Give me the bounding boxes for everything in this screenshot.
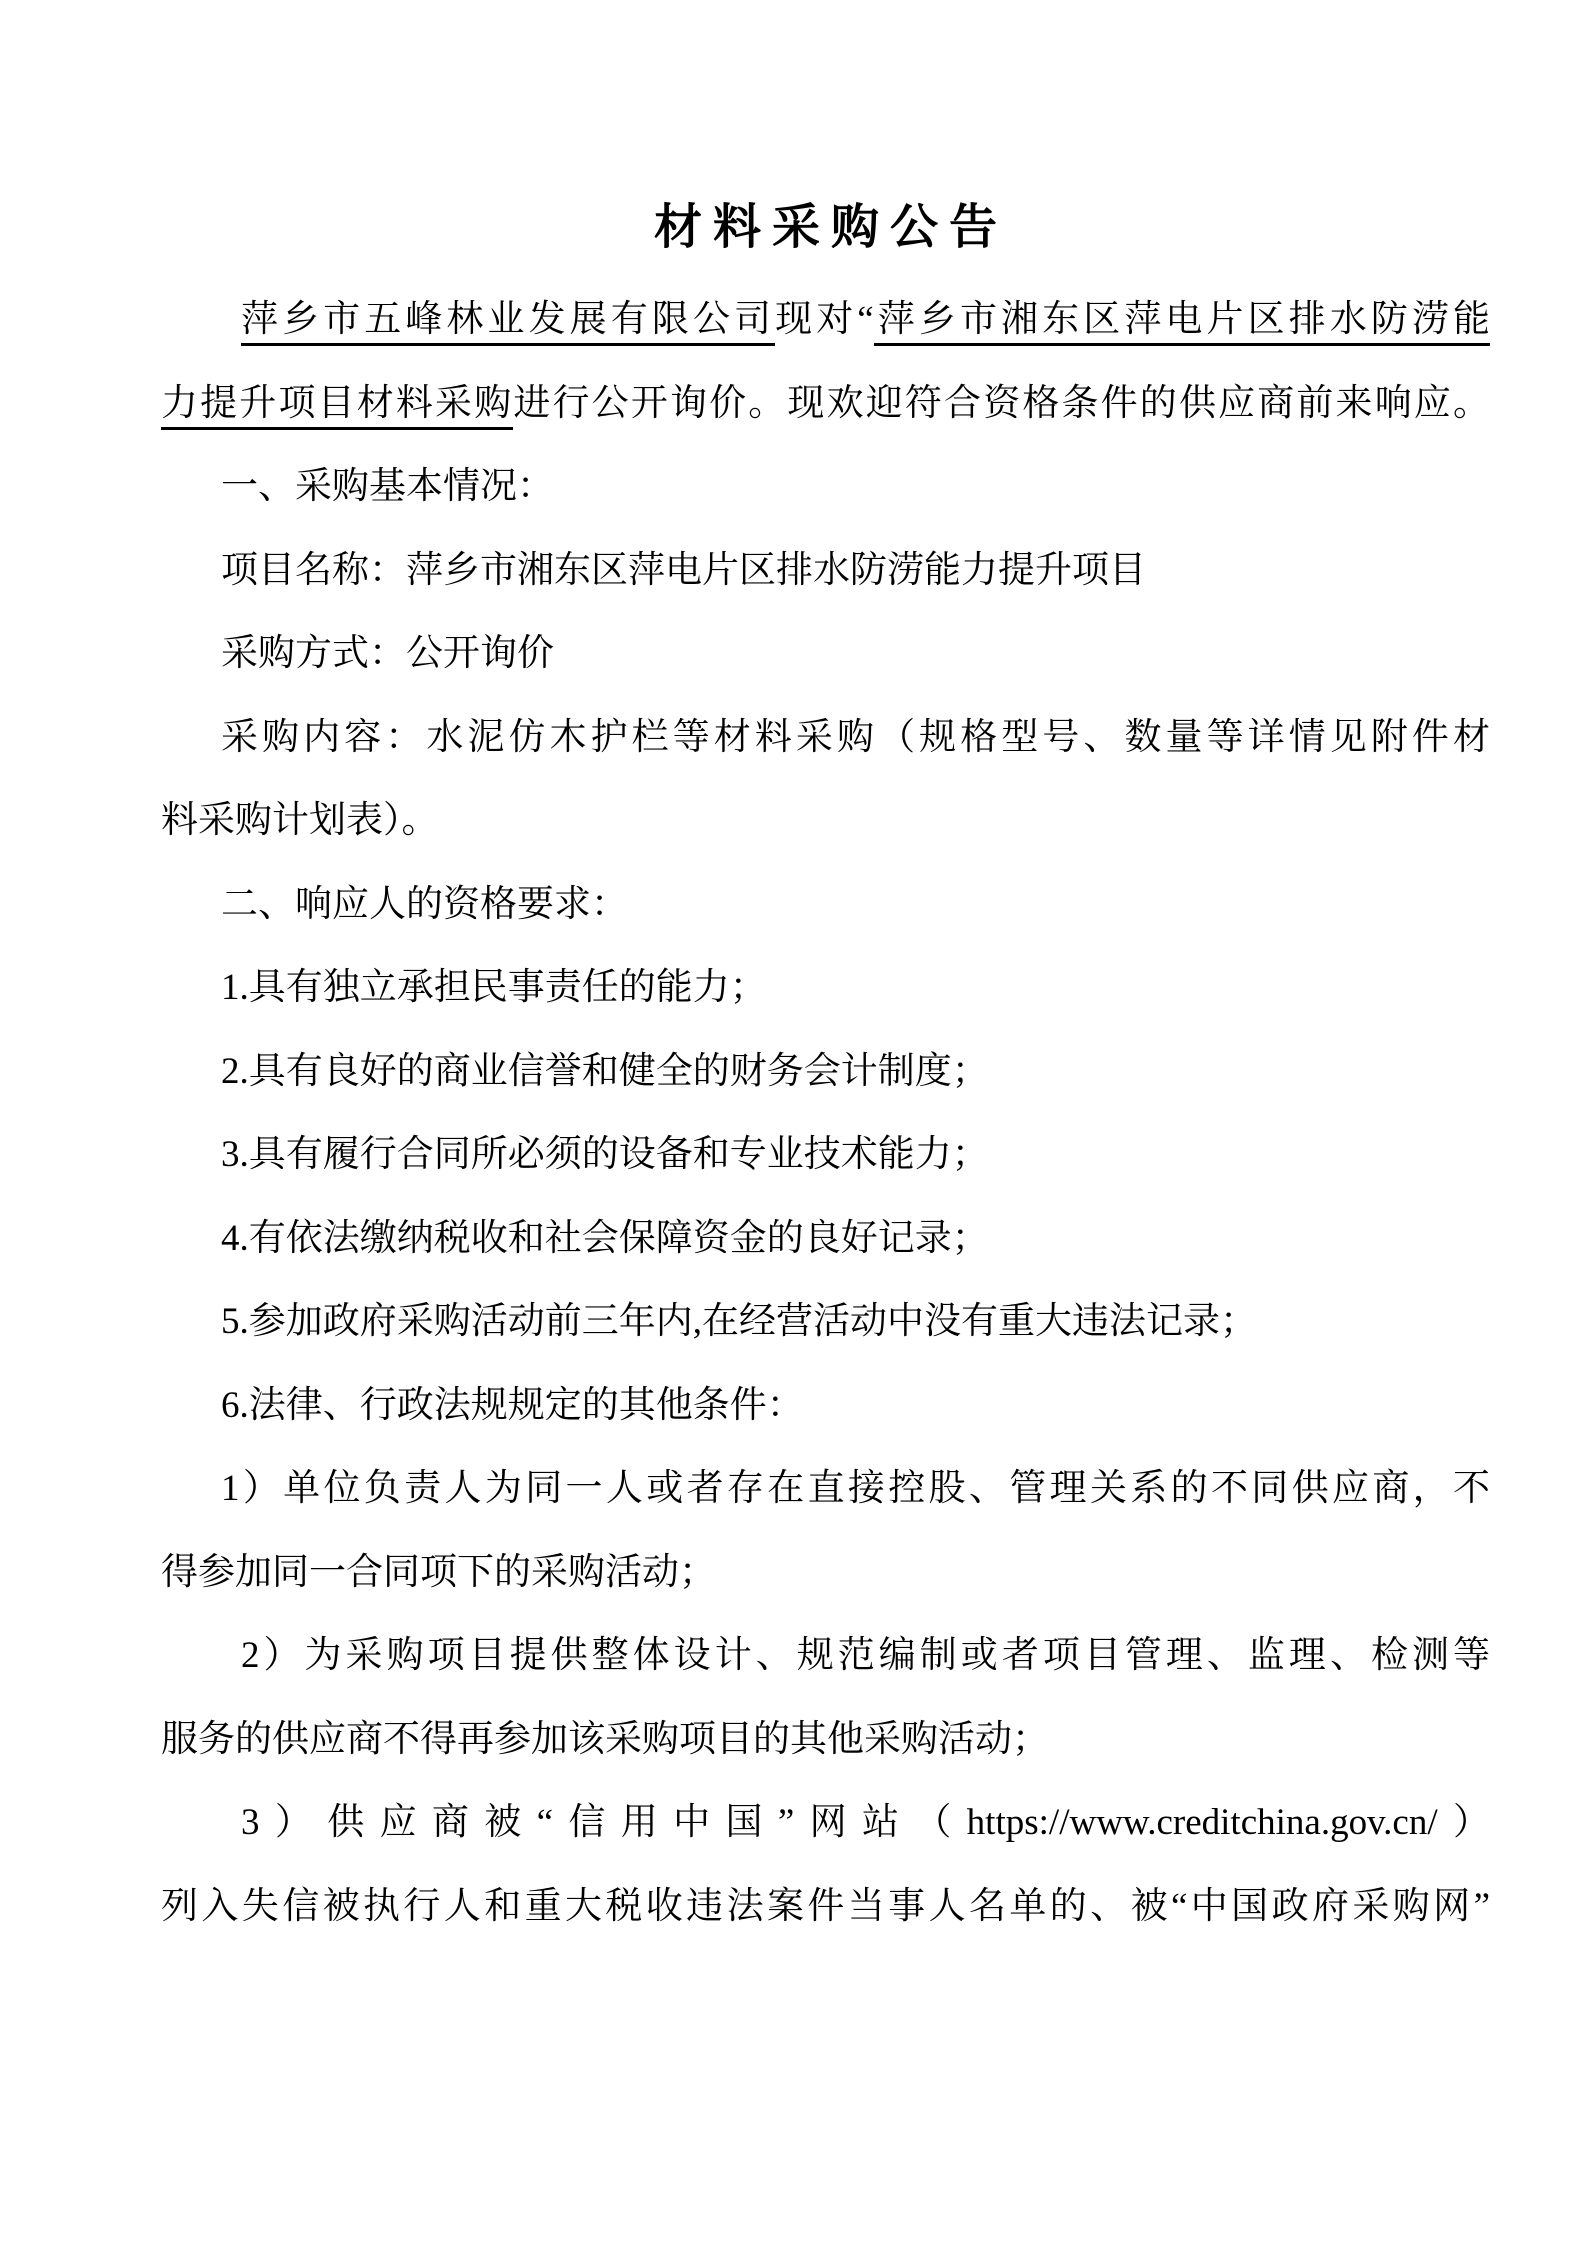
underlined-text: 力提升项目材料采购: [161, 383, 513, 430]
qualification-item-6: 6.法律、行政法规规定的其他条件：: [161, 1364, 1490, 1448]
text-run: 得参加同一合同项下的采购活动；: [161, 1552, 716, 1593]
underlined-text: 萍乡市五峰林业发展有限公司: [241, 299, 775, 346]
text-run: 现对“: [775, 299, 874, 340]
procurement-content-line-1: 采购内容：水泥仿木护栏等材料采购（规格型号、数量等详情见附件材: [161, 696, 1490, 780]
text-run: 项目名称：萍乡市湘东区萍电片区排水防涝能力提升项目: [221, 550, 1146, 591]
text-run: 二、响应人的资格要求：: [221, 884, 628, 925]
text-run: 3.具有履行合同所必须的设备和专业技术能力；: [221, 1134, 989, 1175]
text-run: 料采购计划表）。: [161, 800, 439, 841]
text-run: 5.参加政府采购活动前三年内,在经营活动中没有重大违法记录；: [221, 1301, 1257, 1342]
qualification-item-4: 4.有依法缴纳税收和社会保障资金的良好记录；: [161, 1197, 1490, 1281]
condition-3-line-2: 列入失信被执行人和重大税收违法案件当事人名单的、被“中国政府采购网”: [161, 1865, 1490, 1949]
procurement-method-line: 采购方式：公开询价: [161, 612, 1490, 696]
procurement-content-line-2: 料采购计划表）。: [161, 779, 1490, 863]
text-run: 2）为采购项目提供整体设计、规范编制或者项目管理、监理、检测等: [241, 1635, 1490, 1676]
text-run: 3）供应商被“信用中国”网站（https://www.creditchina.g…: [241, 1802, 1490, 1843]
text-run: 采购内容：水泥仿木护栏等材料采购（规格型号、数量等详情见附件材: [221, 717, 1490, 758]
text-run: 1）单位负责人为同一人或者存在直接控股、管理关系的不同供应商，不: [221, 1468, 1490, 1509]
text-run: 列入失信被执行人和重大税收违法案件当事人名单的、被“中国政府采购网”: [161, 1886, 1490, 1927]
condition-2-line-2: 服务的供应商不得再参加该采购项目的其他采购活动；: [161, 1698, 1490, 1782]
condition-1-line-1: 1）单位负责人为同一人或者存在直接控股、管理关系的不同供应商，不: [161, 1447, 1490, 1531]
qualification-item-1: 1.具有独立承担民事责任的能力；: [161, 946, 1490, 1030]
condition-3-line-1: 3）供应商被“信用中国”网站（https://www.creditchina.g…: [161, 1781, 1490, 1865]
document-title: 材料采购公告: [161, 182, 1490, 274]
text-run: 2.具有良好的商业信誉和健全的财务会计制度；: [221, 1051, 989, 1092]
project-name-line: 项目名称：萍乡市湘东区萍电片区排水防涝能力提升项目: [161, 529, 1490, 613]
condition-1-line-2: 得参加同一合同项下的采购活动；: [161, 1531, 1490, 1615]
text-run: 4.有依法缴纳税收和社会保障资金的良好记录；: [221, 1218, 989, 1259]
text-run: 6.法律、行政法规规定的其他条件：: [221, 1385, 804, 1426]
underlined-text: 萍乡市湘东区萍电片区排水防涝能: [874, 299, 1490, 346]
text-run: 服务的供应商不得再参加该采购项目的其他采购活动；: [161, 1719, 1049, 1760]
condition-2-line-1: 2）为采购项目提供整体设计、规范编制或者项目管理、监理、检测等: [161, 1614, 1490, 1698]
text-run: 一、采购基本情况：: [221, 466, 554, 507]
intro-line-2: 力提升项目材料采购进行公开询价。现欢迎符合资格条件的供应商前来响应。: [161, 362, 1490, 446]
section-1-heading: 一、采购基本情况：: [161, 445, 1490, 529]
section-2-heading: 二、响应人的资格要求：: [161, 863, 1490, 947]
qualification-item-5: 5.参加政府采购活动前三年内,在经营活动中没有重大违法记录；: [161, 1280, 1490, 1364]
intro-line-1: 萍乡市五峰林业发展有限公司现对“萍乡市湘东区萍电片区排水防涝能: [161, 278, 1490, 362]
text-run: 进行公开询价。现欢迎符合资格条件的供应商前来响应。: [513, 383, 1490, 424]
qualification-item-3: 3.具有履行合同所必须的设备和专业技术能力；: [161, 1113, 1490, 1197]
text-run: 1.具有独立承担民事责任的能力；: [221, 967, 767, 1008]
text-run: 采购方式：公开询价: [221, 633, 554, 674]
qualification-item-2: 2.具有良好的商业信誉和健全的财务会计制度；: [161, 1030, 1490, 1114]
document-page: 材料采购公告 萍乡市五峰林业发展有限公司现对“萍乡市湘东区萍电片区排水防涝能力提…: [0, 0, 1587, 2245]
document-body: 萍乡市五峰林业发展有限公司现对“萍乡市湘东区萍电片区排水防涝能力提升项目材料采购…: [161, 278, 1490, 1948]
